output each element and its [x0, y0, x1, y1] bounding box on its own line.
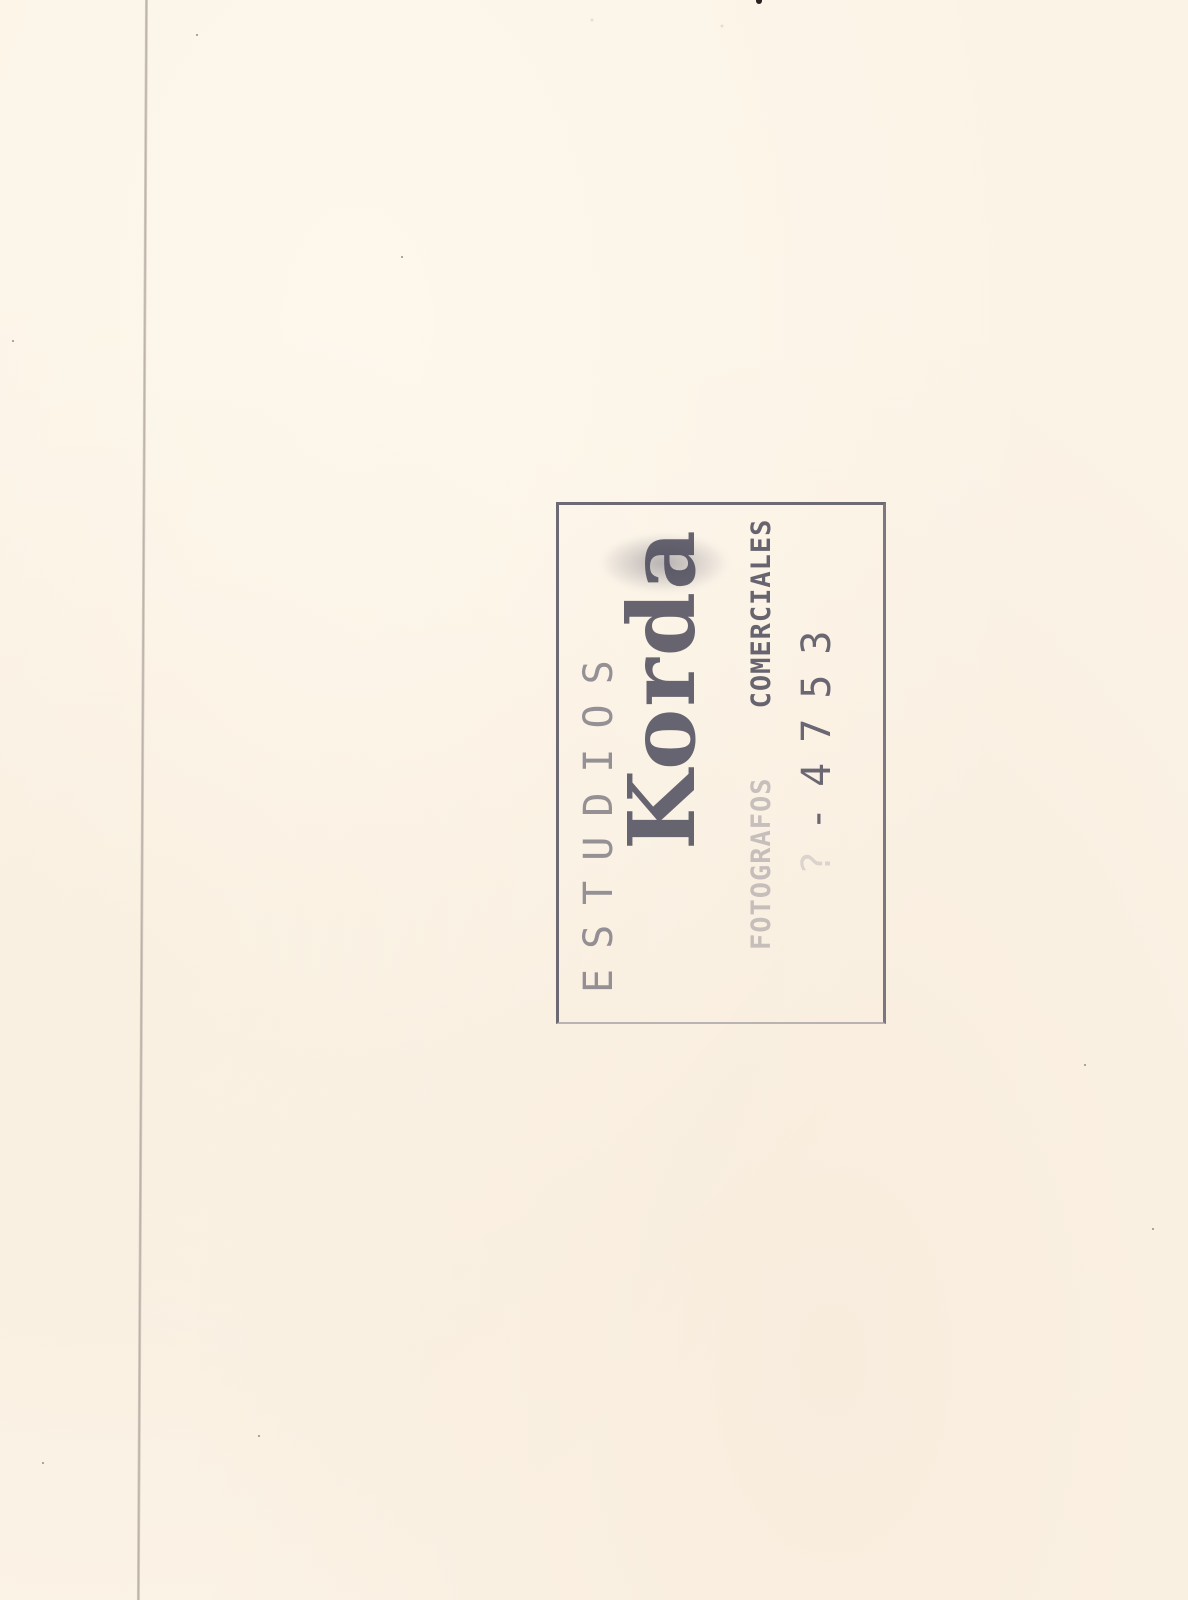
stamp-services-spacer	[746, 725, 777, 760]
paper-speck	[1084, 1064, 1086, 1066]
stamp-services: FOTOGRAFOS COMERCIALES	[746, 518, 777, 949]
paper-speck	[1152, 1228, 1154, 1230]
paper-speck	[42, 1462, 44, 1464]
stamp-phone-prefix-faded: ?	[794, 830, 840, 874]
paper-speck	[258, 1435, 260, 1437]
paper-speck	[196, 34, 198, 36]
stamp-services-faded: FOTOGRAFOS	[746, 777, 777, 950]
stamp-phone: ?-4753	[794, 610, 840, 875]
studio-rubber-stamp: ESTUDIOS Korda FOTOGRAFOS COMERCIALES ?-…	[556, 502, 886, 1024]
stamp-brand-name: Korda	[608, 528, 716, 850]
stamp-phone-number: -4753	[794, 610, 840, 830]
paper-speck	[12, 340, 14, 342]
faint-top-marks	[540, 8, 800, 38]
stamp-services-main: COMERCIALES	[746, 518, 777, 708]
stamp-content: ESTUDIOS Korda FOTOGRAFOS COMERCIALES ?-…	[556, 503, 886, 1025]
paper-speck	[401, 256, 403, 258]
